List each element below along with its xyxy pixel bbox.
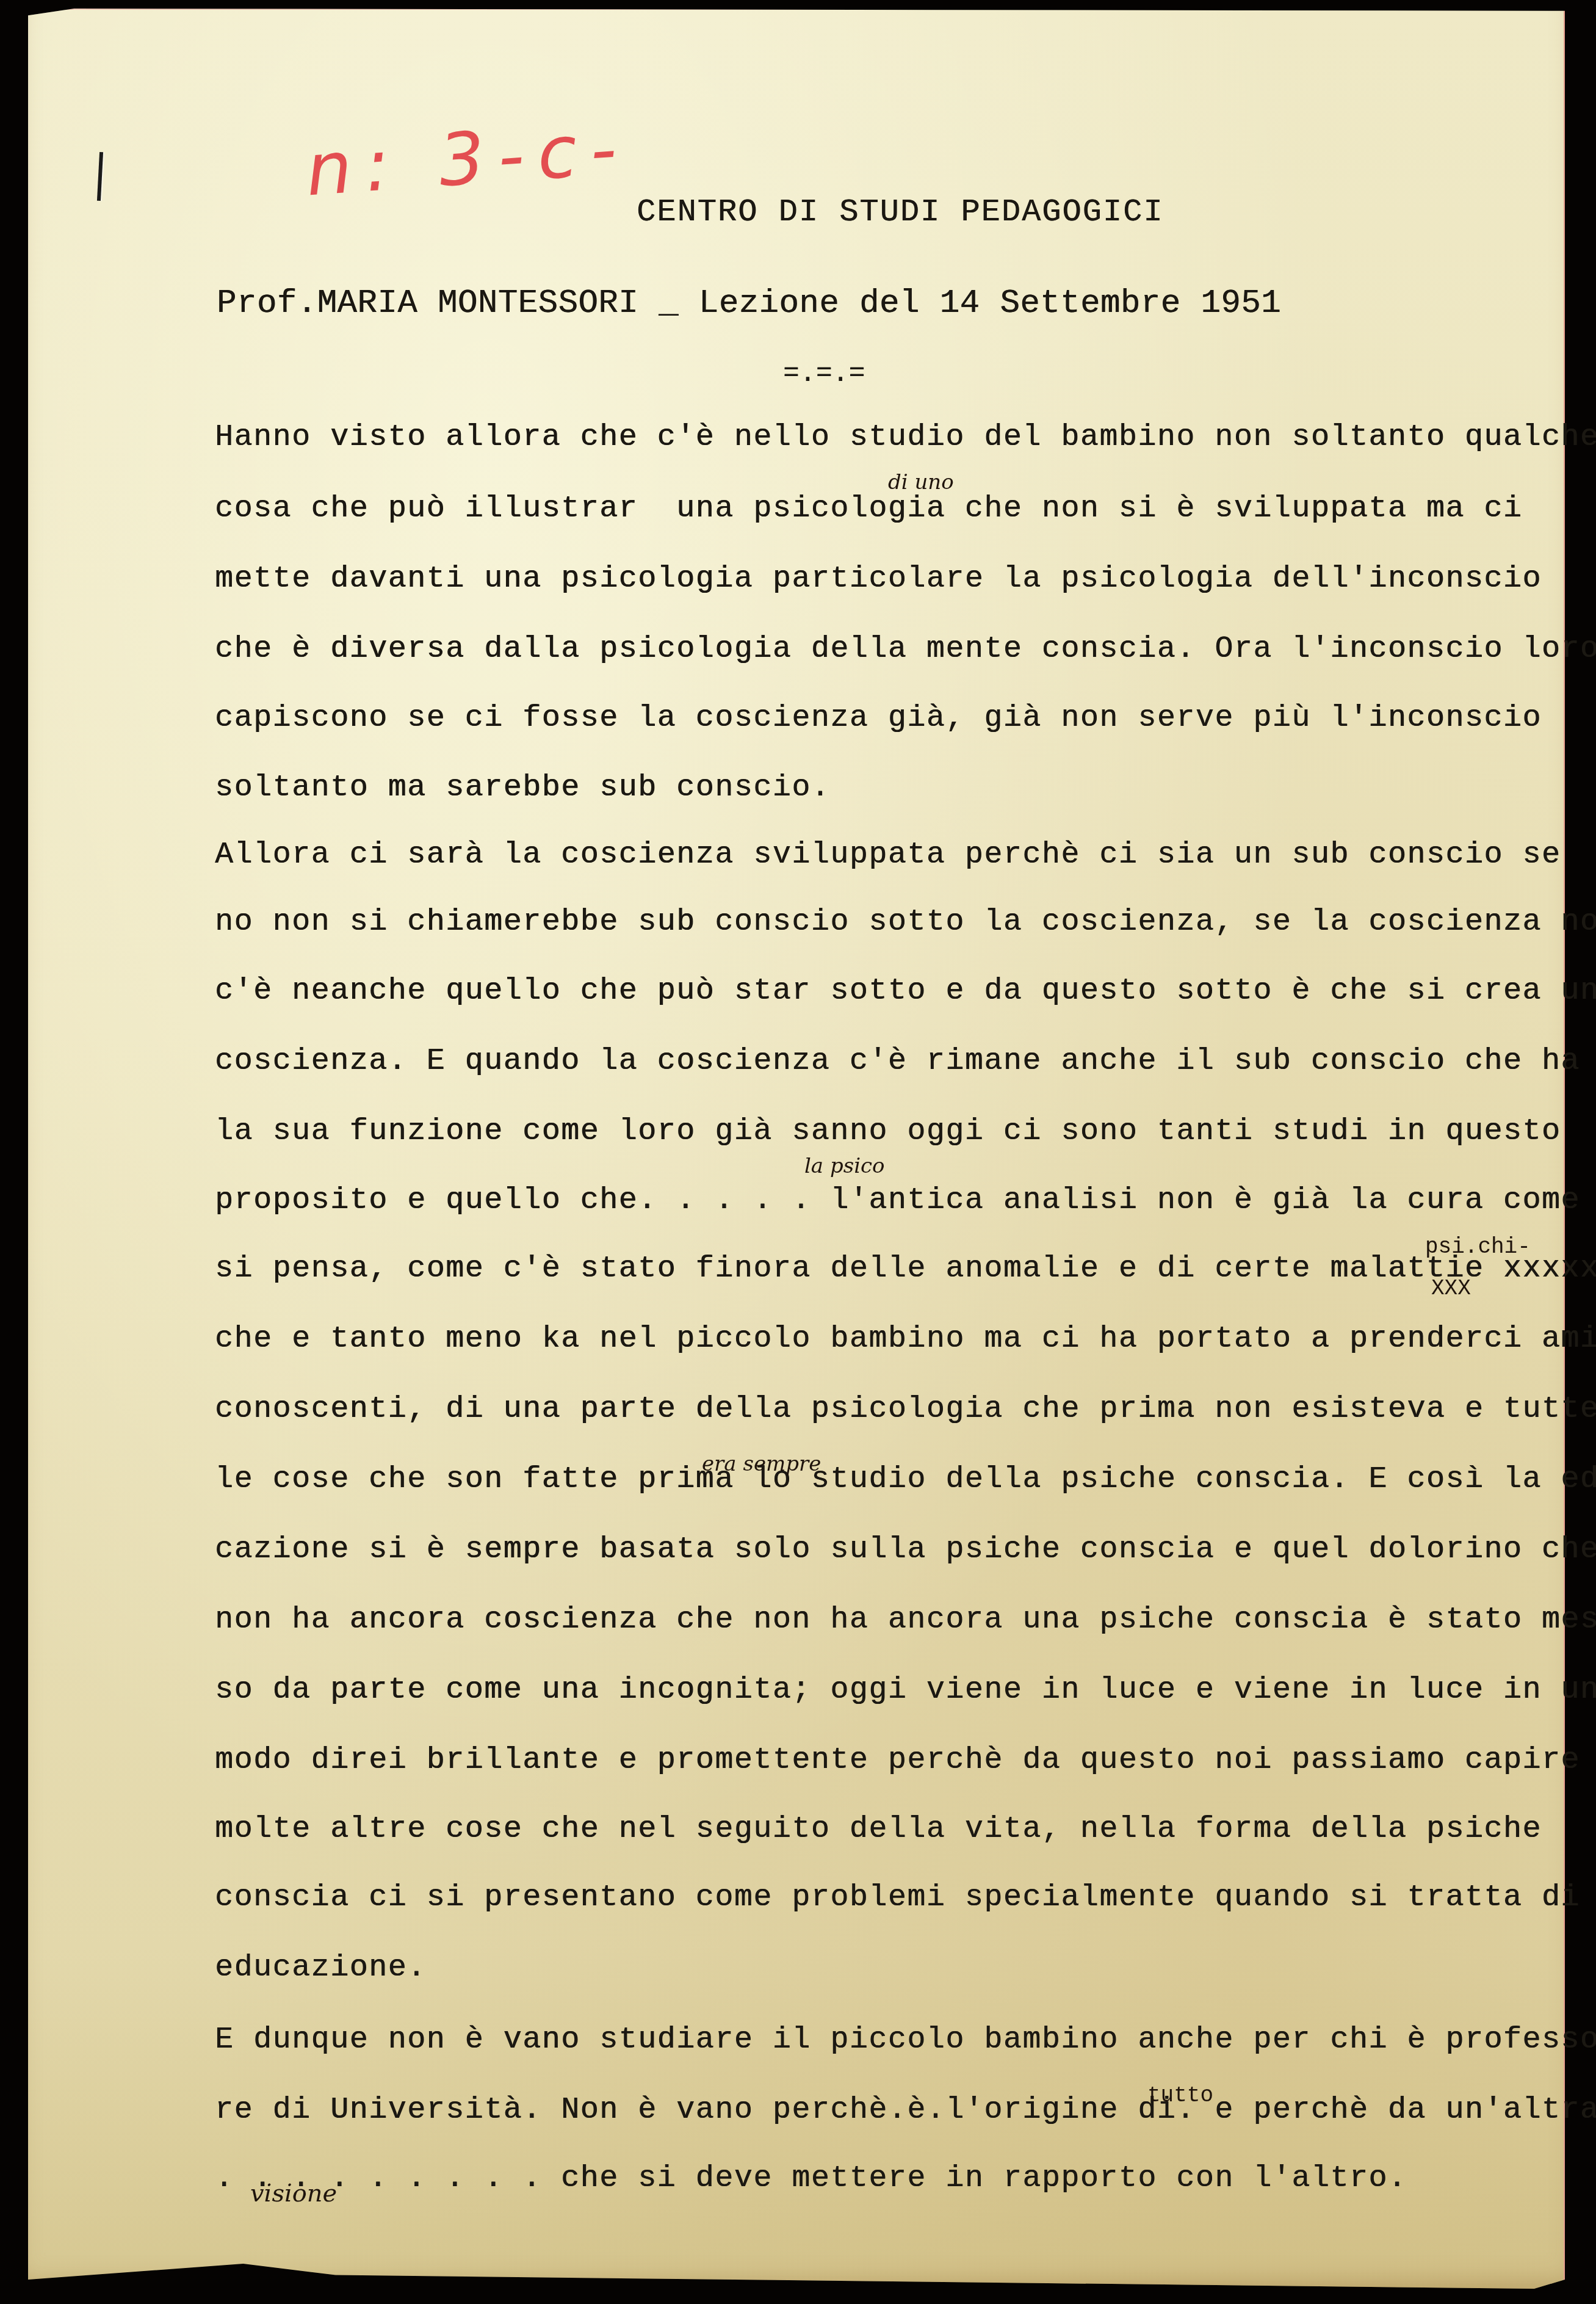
body-line: si pensa, come c'è stato finora delle an… xyxy=(215,1252,1596,1286)
staple xyxy=(97,152,103,201)
typed-correction: psi.chi- xyxy=(1425,1234,1531,1259)
body-line: c'è neanche quello che può star sotto e … xyxy=(215,974,1596,1009)
handwritten-annotation: visione xyxy=(250,2179,337,2208)
typed-correction: tutto xyxy=(1147,2083,1213,2108)
body-line: che è diversa dalla psicologia della men… xyxy=(215,632,1596,667)
body-line: proposito e quello che. . . . . l'antica… xyxy=(215,1183,1580,1218)
body-line: educazione. xyxy=(215,1951,427,1985)
body-line: re di Università. Non è vano perchè.è.l'… xyxy=(215,2093,1596,2128)
handwritten-annotation: la psico xyxy=(804,1154,885,1178)
body-line: conoscenti, di una parte della psicologi… xyxy=(215,1392,1596,1427)
body-line: Allora ci sarà la coscienza sviluppata p… xyxy=(215,838,1561,872)
body-line: conscia ci si presentano come problemi s… xyxy=(215,1880,1580,1915)
body-line: mette davanti una psicologia particolare… xyxy=(215,562,1542,596)
body-line: capiscono se ci fosse la coscienza già, … xyxy=(215,701,1542,736)
body-line: molte altre cose che nel seguito della v… xyxy=(215,1812,1542,1847)
document-title: CENTRO DI STUDI PEDAGOGICI xyxy=(637,194,1163,230)
body-line: la sua funzione come loro già sanno oggi… xyxy=(215,1114,1561,1149)
body-line: che e tanto meno ka nel piccolo bambino … xyxy=(215,1322,1596,1357)
body-line: coscienza. E quando la coscienza c'è rim… xyxy=(215,1044,1580,1079)
body-line: cazione si è sempre basata solo sulla ps… xyxy=(215,1532,1596,1567)
body-line: cosa che può illustrar una psicologia ch… xyxy=(215,491,1522,526)
body-line: non ha ancora coscienza che non ha ancor… xyxy=(215,1603,1596,1637)
body-line: soltanto ma sarebbe sub conscio. xyxy=(215,770,830,805)
body-line: E dunque non è vano studiare il piccolo … xyxy=(215,2023,1596,2057)
body-line: no non si chiamerebbe sub conscio sotto … xyxy=(215,905,1596,940)
body-line: Hanno visto allora che c'è nello studio … xyxy=(215,420,1596,455)
handwritten-annotation: era sempre xyxy=(702,1452,821,1476)
handwritten-reference-mark: n: 3-c- xyxy=(303,106,633,212)
section-separator: =.=.= xyxy=(783,359,865,389)
body-line: so da parte come una incognita; oggi vie… xyxy=(215,1673,1596,1708)
body-line: modo direi brillante e promettente perch… xyxy=(215,1743,1580,1778)
handwritten-annotation: di uno xyxy=(888,470,954,494)
body-line: . . . . . . . . . che si deve mettere in… xyxy=(215,2161,1407,2196)
document-subtitle: Prof.MARIA MONTESSORI _ Lezione del 14 S… xyxy=(217,285,1281,322)
typed-strikeout: XXX xyxy=(1431,1276,1471,1301)
body-line: le cose che son fatte prima lo studio de… xyxy=(215,1462,1596,1497)
